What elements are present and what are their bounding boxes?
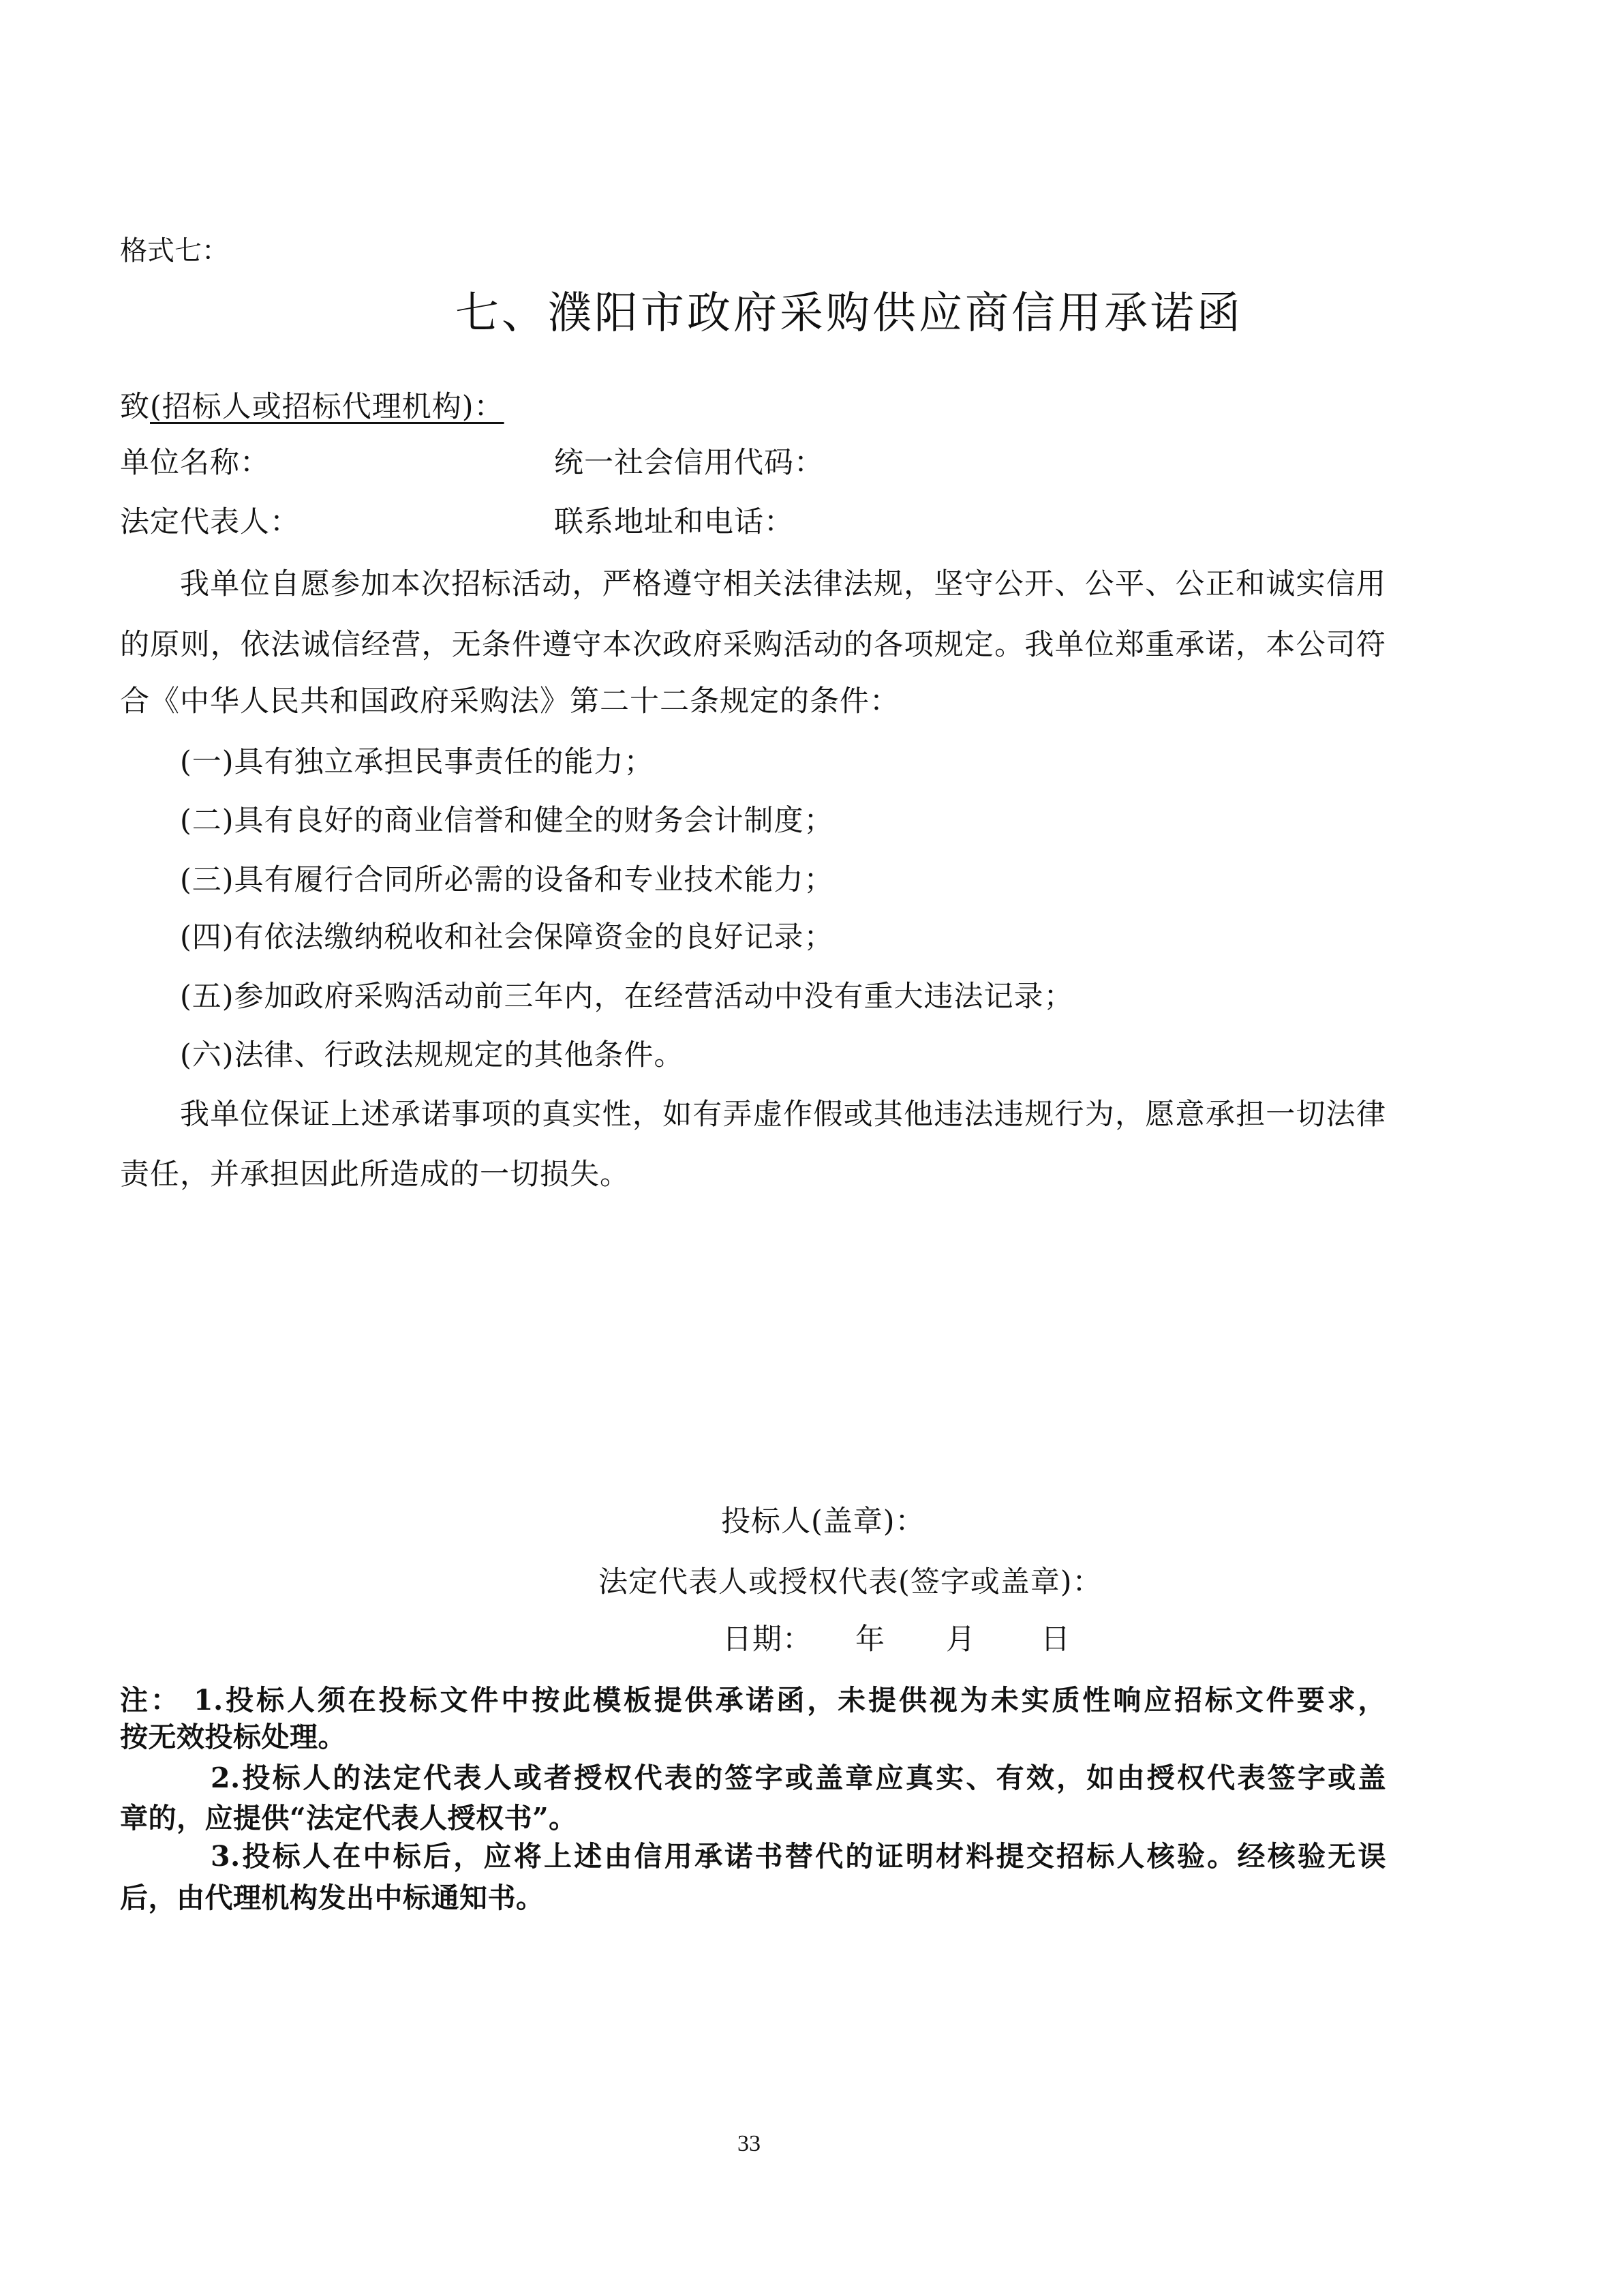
date-label: 日期：: [722, 1625, 812, 1655]
condition-item: (五)参加政府采购活动前三年内，在经营活动中没有重大违法记录；: [180, 982, 1074, 1012]
field-contact: 联系地址和电话：: [554, 508, 794, 537]
paragraph-line: 我单位自愿参加本次招标活动，严格遵守相关法律法规，坚守公开、公平、公正和诚实信用: [180, 570, 1386, 599]
condition-item: (二)具有良好的商业信誉和健全的财务会计制度；: [180, 806, 834, 836]
note-line: 按无效投标处理。: [120, 1723, 346, 1751]
page-number: 33: [737, 2132, 761, 2156]
condition-item: (一)具有独立承担民事责任的能力；: [180, 748, 654, 777]
note-line: 2.投标人的法定代表人或者授权代表的签字或盖章应真实、有效，如由授权代表签字或盖: [211, 1764, 1386, 1792]
field-credit-code: 统一社会信用代码：: [554, 449, 824, 478]
representative-sign-label: 法定代表人或授权代表(签字或盖章)：: [598, 1568, 1103, 1597]
note-line: 注： 1.投标人须在投标文件中按此模板提供承诺函，未提供视为未实质性响应招标文件…: [120, 1687, 1386, 1715]
date-year: 年: [855, 1625, 885, 1655]
paragraph-line: 合《中华人民共和国政府采购法》第二十二条规定的条件：: [120, 687, 900, 716]
paragraph-line: 责任，并承担因此所造成的一切损失。: [120, 1160, 630, 1190]
note-line: 后，由代理机构发出中标通知书。: [120, 1884, 545, 1912]
note-line: 3.投标人在中标后，应将上述由信用承诺书替代的证明材料提交招标人核验。经核验无误: [211, 1843, 1386, 1871]
addressee-recipient: (招标人或招标代理机构)：: [150, 390, 504, 424]
note-line: 章的，应提供“法定代表人授权书”。: [120, 1804, 577, 1832]
condition-item: (四)有依法缴纳税收和社会保障资金的良好记录；: [180, 923, 834, 952]
condition-item: (三)具有履行合同所必需的设备和专业技术能力；: [180, 866, 834, 895]
date-month: 月: [946, 1625, 976, 1655]
format-label: 格式七：: [120, 237, 229, 265]
bidder-seal-label: 投标人(盖章)：: [721, 1507, 925, 1537]
field-legal-rep: 法定代表人：: [120, 508, 300, 537]
condition-item: (六)法律、行政法规规定的其他条件。: [180, 1041, 684, 1070]
page-title: 七、濮阳市政府采购供应商信用承诺函: [455, 292, 1243, 335]
date-day: 日: [1041, 1625, 1071, 1655]
addressee-prefix: 致: [120, 390, 150, 424]
addressee-line: 致(招标人或招标代理机构)：: [120, 393, 504, 422]
paragraph-line: 的原则，依法诚信经营，无条件遵守本次政府采购活动的各项规定。我单位郑重承诺，本公…: [120, 631, 1386, 660]
field-unit-name: 单位名称：: [120, 449, 270, 478]
paragraph-line: 我单位保证上述承诺事项的真实性，如有弄虚作假或其他违法违规行为，愿意承担一切法律: [180, 1100, 1386, 1130]
